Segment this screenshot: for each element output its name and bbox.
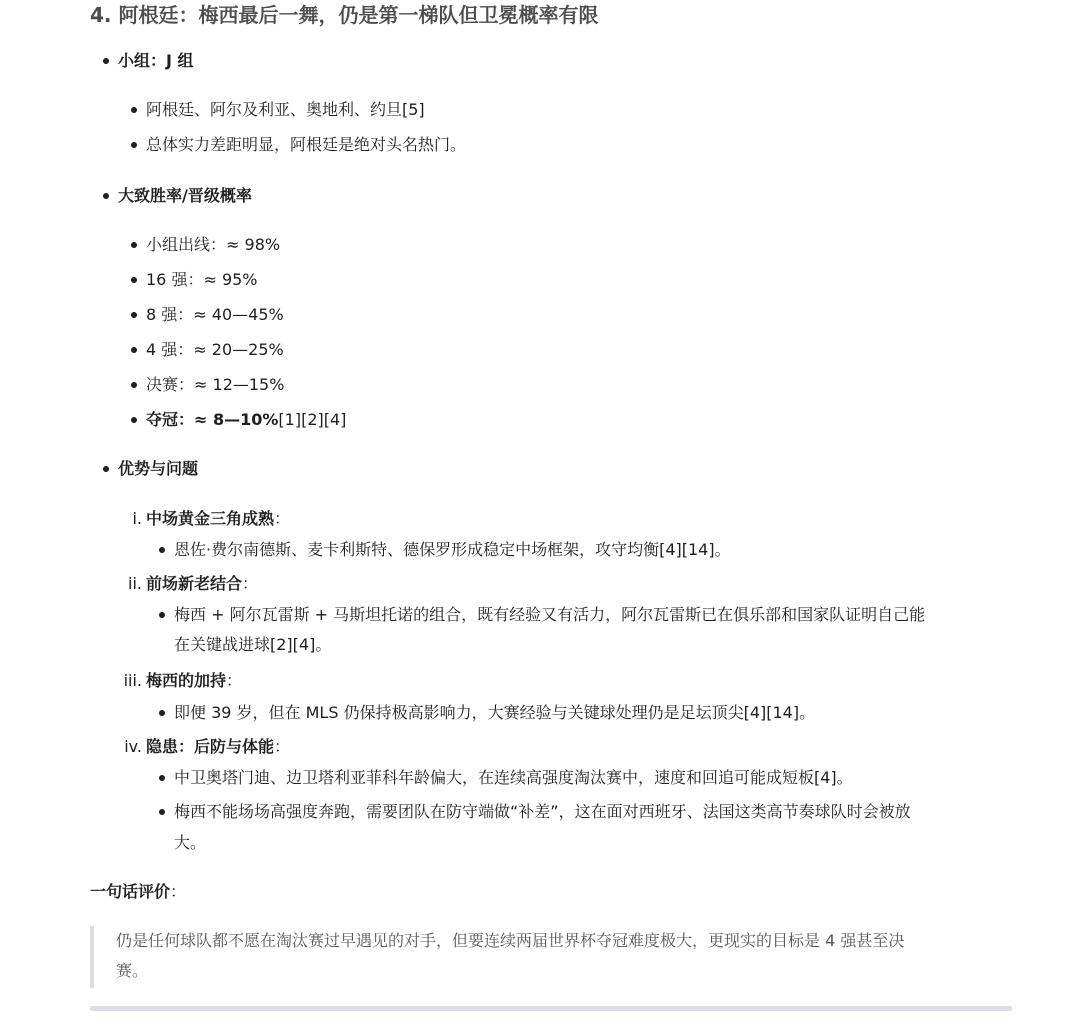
bullet-icon xyxy=(103,466,109,472)
point-title-midfield: 中场黄金三角成熟： xyxy=(146,507,290,531)
verdict-heading: 一句话评价： xyxy=(90,880,186,904)
prob-stage: 4 强： xyxy=(146,340,193,359)
point-detail: 梅西 + 阿尔瓦雷斯 + 马斯坦托诺的组合，既有经验又有活力，阿尔瓦雷斯已在俱乐… xyxy=(174,603,925,627)
point-detail-continued: 在关键战进球[2][4]。 xyxy=(174,633,331,657)
group-teams: 阿根廷、阿尔及利亚、奥地利、约旦[5] xyxy=(146,98,425,122)
bullet-icon xyxy=(131,417,137,423)
group-label: 小组：J 组 xyxy=(118,49,194,73)
group-summary: 总体实力差距明显，阿根廷是绝对头名热门。 xyxy=(146,133,466,157)
prob-item-quarterfinal: 8 强：≈ 40—45% xyxy=(146,303,284,327)
roman-numeral: iii. xyxy=(102,669,142,693)
point-title: 前场新老结合 xyxy=(146,574,242,593)
roman-numeral: ii. xyxy=(102,572,142,596)
bullet-icon xyxy=(131,142,137,148)
citation-refs[interactable]: [1][2][4] xyxy=(278,410,346,429)
prob-value: ≈ 8—10% xyxy=(194,410,278,429)
point-title-messi: 梅西的加持： xyxy=(146,669,242,693)
verdict-blockquote: 仍是任何球队都不愿在淘汰赛过早遇见的对手，但要连续两届世界杯夺冠难度极大，更现实… xyxy=(90,926,1004,988)
prob-value: ≈ 12—15% xyxy=(194,375,284,394)
point-title-risks: 隐患：后防与体能： xyxy=(146,735,290,759)
prob-item-group-stage: 小组出线：≈ 98% xyxy=(146,233,280,257)
point-detail: 中卫奥塔门迪、边卫塔利亚菲科年龄偏大，在连续高强度淘汰赛中，速度和回追可能成短板… xyxy=(174,766,853,790)
bullet-icon xyxy=(159,710,165,716)
point-detail: 即便 39 岁，但在 MLS 仍保持极高影响力，大赛经验与关键球处理仍是足坛顶尖… xyxy=(174,701,815,725)
prob-value: ≈ 98% xyxy=(226,235,280,254)
section-divider xyxy=(90,1006,1012,1011)
colon: ： xyxy=(170,882,186,901)
roman-numeral: i. xyxy=(102,507,142,531)
prob-item-round-of-16: 16 强：≈ 95% xyxy=(146,268,258,292)
prob-value: ≈ 20—25% xyxy=(193,340,283,359)
prob-item-semifinal: 4 强：≈ 20—25% xyxy=(146,338,284,362)
quote-text: 仍是任何球队都不愿在淘汰赛过早遇见的对手，但要连续两届世界杯夺冠难度极大，更现实… xyxy=(116,926,1006,986)
quote-line: 赛。 xyxy=(116,956,1006,986)
bullet-icon xyxy=(131,277,137,283)
bullet-icon xyxy=(103,58,109,64)
bullet-icon xyxy=(131,107,137,113)
probabilities-label: 大致胜率/晋级概率 xyxy=(118,184,252,208)
point-title: 梅西的加持 xyxy=(146,671,226,690)
point-title: 隐患：后防与体能 xyxy=(146,737,274,756)
colon: ： xyxy=(274,737,290,756)
bullet-icon xyxy=(159,547,165,553)
bullet-icon xyxy=(159,809,165,815)
bullet-icon xyxy=(159,775,165,781)
bullet-icon xyxy=(131,347,137,353)
prob-item-champion: 夺冠：≈ 8—10%[1][2][4] xyxy=(146,408,346,432)
analysis-label: 优势与问题 xyxy=(118,457,198,481)
prob-stage: 决赛： xyxy=(146,375,194,394)
section-heading: 4. 阿根廷：梅西最后一舞，仍是第一梯队但卫冕概率有限 xyxy=(90,0,598,30)
bullet-icon xyxy=(131,382,137,388)
bullet-icon xyxy=(159,612,165,618)
prob-stage: 8 强： xyxy=(146,305,193,324)
prob-item-final: 决赛：≈ 12—15% xyxy=(146,373,284,397)
point-detail: 梅西不能场场高强度奔跑，需要团队在防守端做“补差”，这在面对西班牙、法国这类高节… xyxy=(174,800,911,824)
prob-value: ≈ 40—45% xyxy=(193,305,283,324)
point-detail-continued: 大。 xyxy=(174,831,206,855)
quote-line: 仍是任何球队都不愿在淘汰赛过早遇见的对手，但要连续两届世界杯夺冠难度极大，更现实… xyxy=(116,926,1006,956)
point-title-attack: 前场新老结合： xyxy=(146,572,258,596)
bullet-icon xyxy=(103,193,109,199)
colon: ： xyxy=(226,671,242,690)
verdict-label: 一句话评价 xyxy=(90,882,170,901)
prob-stage: 夺冠： xyxy=(146,410,194,429)
prob-stage: 小组出线： xyxy=(146,235,226,254)
prob-value: ≈ 95% xyxy=(203,270,257,289)
roman-numeral: iv. xyxy=(102,735,142,759)
bullet-icon xyxy=(131,312,137,318)
point-detail: 恩佐·费尔南德斯、麦卡利斯特、德保罗形成稳定中场框架，攻守均衡[4][14]。 xyxy=(174,538,731,562)
colon: ： xyxy=(242,574,258,593)
prob-stage: 16 强： xyxy=(146,270,203,289)
bullet-icon xyxy=(131,242,137,248)
colon: ： xyxy=(274,509,290,528)
point-title: 中场黄金三角成熟 xyxy=(146,509,274,528)
